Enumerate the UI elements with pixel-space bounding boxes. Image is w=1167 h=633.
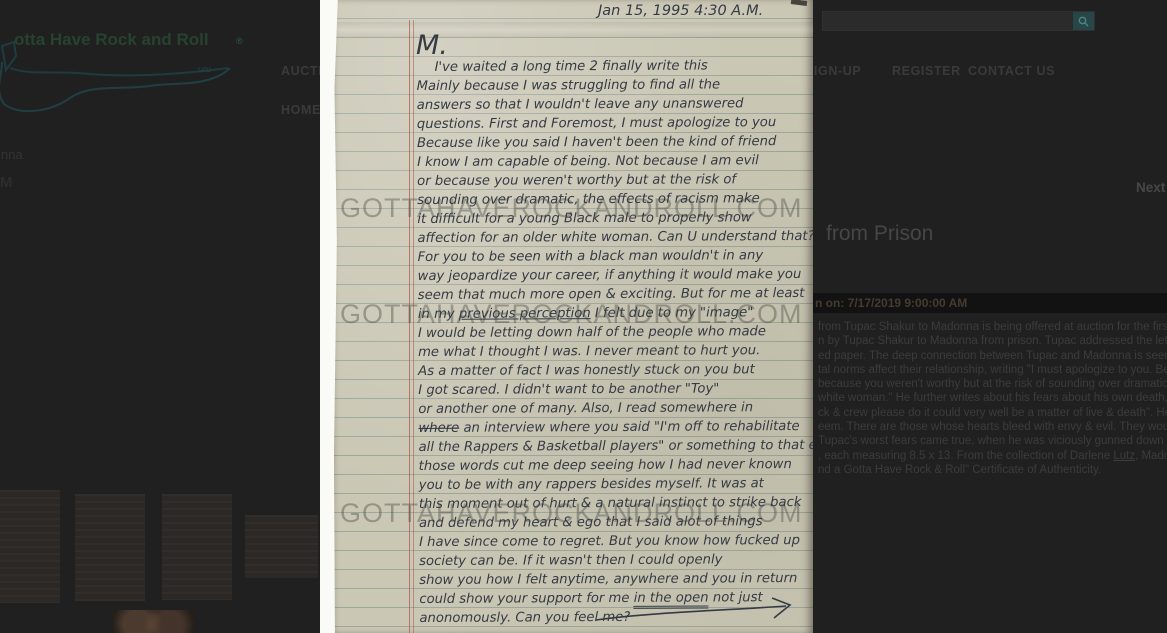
letter-line-text: it difficult for a young Black male to p… xyxy=(417,210,751,227)
letter-body: I've waited a long time 2 finally write … xyxy=(417,56,810,628)
letter-line-text: an interview where you said "I'm off to … xyxy=(459,419,799,436)
search-box xyxy=(822,11,1095,31)
letter-line: Because like you said I haven't been the… xyxy=(417,132,807,153)
nav-contact-us[interactable]: CONTACT US xyxy=(968,64,1055,78)
letter-line-text: all the Rappers & Basketball players" or… xyxy=(419,438,847,455)
description-line: ck & crew please do it could very well b… xyxy=(818,406,1167,420)
letter-line-text: I would be letting down half of the peop… xyxy=(418,324,766,341)
letter-line: those words cut me deep seeing how I had… xyxy=(419,455,809,476)
description-line-text: ed paper. The deep connection between Tu… xyxy=(818,350,1167,362)
thumbnail-page-2[interactable] xyxy=(75,494,145,601)
letter-date: Jan 15, 1995 4:30 A.M. xyxy=(598,3,763,19)
thumbnail-page-1[interactable] xyxy=(0,490,60,603)
search-button[interactable] xyxy=(1073,12,1094,30)
letter-line-text: society can be. If it wasn't then I coul… xyxy=(419,552,722,569)
logo-text: otta Have Rock and Roll xyxy=(14,30,209,49)
letter-line: I would be letting down half of the peop… xyxy=(418,322,808,343)
letter-line-text: I got scared. I didn't want to be anothe… xyxy=(418,381,719,398)
handwritten-arrow xyxy=(594,596,804,632)
paper-crease xyxy=(334,22,813,38)
thumbnail-page-3[interactable] xyxy=(162,494,232,600)
thumbnail-page-4[interactable] xyxy=(245,515,318,578)
letter-line-text: questions. First and Foremost, I must ap… xyxy=(417,115,776,132)
letter-line-text: I have since come to regret. But you kno… xyxy=(419,533,800,550)
letter-line: sounding over dramatic, the effects of r… xyxy=(417,189,807,210)
letter-salutation: M. xyxy=(416,30,448,61)
text-fragment: M xyxy=(0,174,13,191)
letter-line-text: As a matter of fact I was honestly stuck… xyxy=(418,362,755,379)
search-icon xyxy=(1078,16,1089,27)
description-line-text: white woman." He further writes about hi… xyxy=(818,392,1167,404)
description-line-text: Tupac's worst fears came true, when he w… xyxy=(818,435,1167,447)
thumbnail-photo[interactable] xyxy=(112,610,196,633)
description-line: nd a Gotta Have Rock & Roll" Certificate… xyxy=(818,463,1167,477)
letter-line: affection for an older white woman. Can … xyxy=(417,227,807,248)
letter-line-text: sounding over dramatic, the effects of r… xyxy=(417,191,760,208)
description-line-text: eem. There are those whose hearts bleed … xyxy=(818,421,1167,433)
lutz-link[interactable]: Lutz xyxy=(1113,450,1135,462)
letter-line-text: or because you weren't worthy but at the… xyxy=(417,172,736,189)
letter-line: As a matter of fact I was honestly stuck… xyxy=(418,360,808,381)
description-line-text: nd a Gotta Have Rock & Roll" Certificate… xyxy=(818,464,1101,476)
description-line: eem. There are those whose hearts bleed … xyxy=(818,420,1167,434)
letter-line: show you how I felt anytime, anywhere an… xyxy=(419,569,809,590)
letter-line-text: I felt due to my "image" xyxy=(591,305,754,321)
description-line-text: ck & crew please do it could very well b… xyxy=(818,407,1167,419)
letter-line-text: For you to be seen with a black man woul… xyxy=(418,248,764,265)
letter-line: where an interview where you said "I'm o… xyxy=(418,417,808,438)
letter-line-text: you to be with any rappers besides mysel… xyxy=(419,476,764,493)
description-line: , each measuring 8.5 x 13. From the coll… xyxy=(818,449,1167,463)
letter-line-text: affection for an older white woman. Can … xyxy=(417,229,814,246)
letter-line: you to be with any rappers besides mysel… xyxy=(419,474,809,495)
next-button[interactable]: Next xyxy=(1136,180,1165,195)
letter-line: I know I am capable of being. Not becaus… xyxy=(417,151,807,172)
description-line: tal norms affect their relationship, wri… xyxy=(818,363,1167,377)
letter-line: in my previous perception I felt due to … xyxy=(418,303,808,324)
letter-line: all the Rappers & Basketball players" or… xyxy=(419,436,809,457)
description-line-text: from Tupac Shakur to Madonna is being of… xyxy=(818,321,1167,333)
site-logo[interactable]: otta Have Rock and Roll ® uru xyxy=(0,12,260,124)
letter-line: seem that much more open & exciting. But… xyxy=(418,284,808,305)
letter-line: or because you weren't worthy but at the… xyxy=(417,170,807,191)
letter-line-text: in my xyxy=(418,307,459,322)
letter-line-text: way jeopardize your career, if anything … xyxy=(418,267,802,284)
letter-line-text: and defend my heart & ego that I said al… xyxy=(419,514,763,531)
description-line-text: , Madonna xyxy=(1135,450,1167,462)
letter-line: me what I thought I was. I never meant t… xyxy=(418,341,808,362)
letter-line-text: or another one of many. Also, I read som… xyxy=(418,400,753,417)
description-line: because you weren't worthy but at the ri… xyxy=(818,377,1167,391)
letter-line: or another one of many. Also, I read som… xyxy=(418,398,808,419)
nav-register[interactable]: REGISTER xyxy=(892,64,961,78)
letter-line: and defend my heart & ego that I said al… xyxy=(419,512,809,533)
letter-line: answers so that I wouldn't leave any una… xyxy=(417,94,807,115)
letter-line: For you to be seen with a black man woul… xyxy=(418,246,808,267)
description-line-text: tal norms affect their relationship, wri… xyxy=(818,364,1167,376)
letter-line-text: this moment out of hurt & a natural inst… xyxy=(419,495,802,512)
letter-paper: GOTTAHAVEROCKANDROLL.COM GOTTAHAVEROCKAN… xyxy=(334,0,813,633)
letter-line: it difficult for a young Black male to p… xyxy=(417,208,807,229)
letter-line: questions. First and Foremost, I must ap… xyxy=(417,113,807,134)
letter-line: way jeopardize your career, if anything … xyxy=(418,265,808,286)
auction-date-text: n on: 7/17/2019 9:00:00 AM xyxy=(815,296,967,310)
description-line: Tupac's worst fears came true, when he w… xyxy=(818,434,1167,448)
logo-reg: ® xyxy=(236,36,243,46)
letter-line-strike: where xyxy=(418,421,459,436)
letter-line: this moment out of hurt & a natural inst… xyxy=(419,493,809,514)
letter-line-text: show you how I felt anytime, anywhere an… xyxy=(419,571,797,588)
description-line-text: because you weren't worthy but at the ri… xyxy=(818,378,1167,390)
letter-line-text: seem that much more open & exciting. But… xyxy=(418,286,805,303)
description-line: from Tupac Shakur to Madonna is being of… xyxy=(818,320,1167,334)
description-line-text: n by Tupac Shakur to Madonna from prison… xyxy=(818,335,1167,347)
letter-line: I've waited a long time 2 finally write … xyxy=(417,56,807,77)
search-input[interactable] xyxy=(823,12,1073,30)
letter-line-underline: previous perception xyxy=(459,306,591,322)
letter-line: I have since come to regret. But you kno… xyxy=(419,531,809,552)
letter-line-text: me what I thought I was. I never meant t… xyxy=(418,343,760,360)
nav-home[interactable]: HOME xyxy=(281,103,321,117)
letter-image[interactable]: GOTTAHAVEROCKANDROLL.COM GOTTAHAVEROCKAN… xyxy=(320,0,813,633)
description-line: ed paper. The deep connection between Tu… xyxy=(818,349,1167,363)
letter-line-text: those words cut me deep seeing how I had… xyxy=(419,457,792,474)
letter-line-text: Because like you said I haven't been the… xyxy=(417,134,776,151)
breadcrumb-fragment: nna xyxy=(1,147,23,162)
letter-line-text: answers so that I wouldn't leave any una… xyxy=(417,96,744,113)
letter-line: I got scared. I didn't want to be anothe… xyxy=(418,379,808,400)
description-line: n by Tupac Shakur to Madonna from prison… xyxy=(818,334,1167,348)
letter-line-text: I've waited a long time 2 finally write … xyxy=(435,59,708,75)
logo-swoosh-text: uru xyxy=(198,64,211,74)
letter-line: society can be. If it wasn't then I coul… xyxy=(419,550,809,571)
letter-line: Mainly because I was struggling to find … xyxy=(417,75,807,96)
letter-line-text: I know I am capable of being. Not becaus… xyxy=(417,153,759,170)
description-line-text: , each measuring 8.5 x 13. From the coll… xyxy=(818,450,1113,462)
nav-signup[interactable]: SIGN-UP xyxy=(805,64,861,78)
description-line: white woman." He further writes about hi… xyxy=(818,391,1167,405)
item-description: from Tupac Shakur to Madonna is being of… xyxy=(818,320,1167,477)
letter-line-text: Mainly because I was struggling to find … xyxy=(417,77,721,94)
paper-corner-mark xyxy=(791,0,807,6)
item-title: from Prison xyxy=(826,222,933,246)
